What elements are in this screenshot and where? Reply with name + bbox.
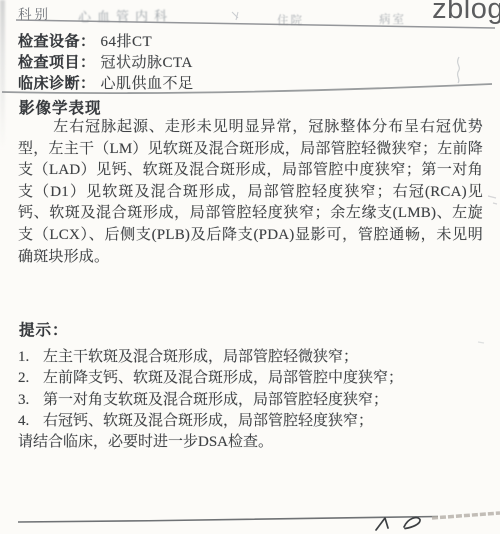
impression-item-text: 右冠钙、软斑及混合斑形成，局部管腔轻度狭窄；	[43, 413, 373, 429]
device-value: 64排CT	[96, 34, 153, 50]
clinical-note: 请结合临床，必要时进一步DSA检查。	[18, 432, 488, 453]
faint-mark	[232, 12, 238, 20]
impression-item-number: 2.	[18, 368, 43, 389]
impression-item-text: 第一对角支软斑及混合斑形成，局部管腔轻度狭窄；	[43, 392, 388, 408]
diagnosis-row: 临床诊断：心肌供血不足	[18, 74, 194, 95]
impression-item-number: 3.	[18, 390, 43, 411]
faint-scribble	[458, 57, 460, 83]
impression-item-text: 左主干软斑及混合斑形成，局部管腔轻微狭窄；	[43, 349, 358, 365]
impression-item-number: 1.	[18, 347, 43, 368]
impression-item: 3.第一对角支软斑及混合斑形成，局部管腔轻度狭窄；	[18, 390, 488, 411]
faint-mark	[478, 342, 484, 343]
impression-list: 1.左主干软斑及混合斑形成，局部管腔轻微狭窄； 2.左前降支钙、软斑及混合斑形成…	[18, 347, 488, 453]
inpatient-label: 住院	[277, 12, 304, 28]
scan-edge-artifact	[0, 0, 5, 150]
exam-item-row: 检查项目：冠状动脉CTA	[18, 53, 194, 74]
findings-heading: 影像学表现	[19, 96, 102, 118]
impression-item-text: 左前降支钙、软斑及混合斑形成，局部管腔中度狭窄；	[43, 370, 403, 386]
impression-item: 2.左前降支钙、软斑及混合斑形成，局部管腔中度狭窄；	[18, 368, 488, 389]
diagnosis-value: 心肌供血不足	[96, 76, 194, 92]
exam-item-label: 检查项目：	[18, 55, 96, 71]
department-label: 科别	[18, 3, 51, 23]
impression-item-number: 4.	[18, 411, 43, 432]
department-value-handwritten: 心血管内科	[78, 5, 173, 25]
exam-item-value: 冠状动脉CTA	[96, 55, 193, 71]
scanned-report-page: 科别 心血管内科 住院 病室 zblog 检查设备：64排CT 检查项目：冠状动…	[0, 0, 500, 534]
dashed-mark	[432, 513, 500, 518]
impression-item: 1.左主干软斑及混合斑形成，局部管腔轻微狭窄；	[18, 347, 488, 368]
watermark-text: zblog	[432, 0, 500, 26]
exam-device-row: 检查设备：64排CT	[18, 32, 194, 53]
faint-mark	[488, 196, 497, 204]
handwritten-mark	[404, 518, 420, 529]
handwritten-mark	[376, 518, 388, 530]
impression-heading: 提示：	[19, 318, 69, 340]
ward-label: 病室	[379, 11, 406, 27]
device-label: 检查设备：	[18, 34, 96, 50]
diagnosis-label: 临床诊断：	[18, 76, 96, 92]
findings-paragraph: 左右冠脉起源、走形未见明显异常，冠脉整体分布呈右冠优势型，左主干（LM）见软斑及…	[18, 117, 483, 268]
exam-info-block: 检查设备：64排CT 检查项目：冠状动脉CTA 临床诊断：心肌供血不足	[18, 32, 194, 95]
divider-bottom	[18, 517, 438, 523]
impression-item: 4.右冠钙、软斑及混合斑形成，局部管腔轻度狭窄；	[18, 411, 488, 432]
